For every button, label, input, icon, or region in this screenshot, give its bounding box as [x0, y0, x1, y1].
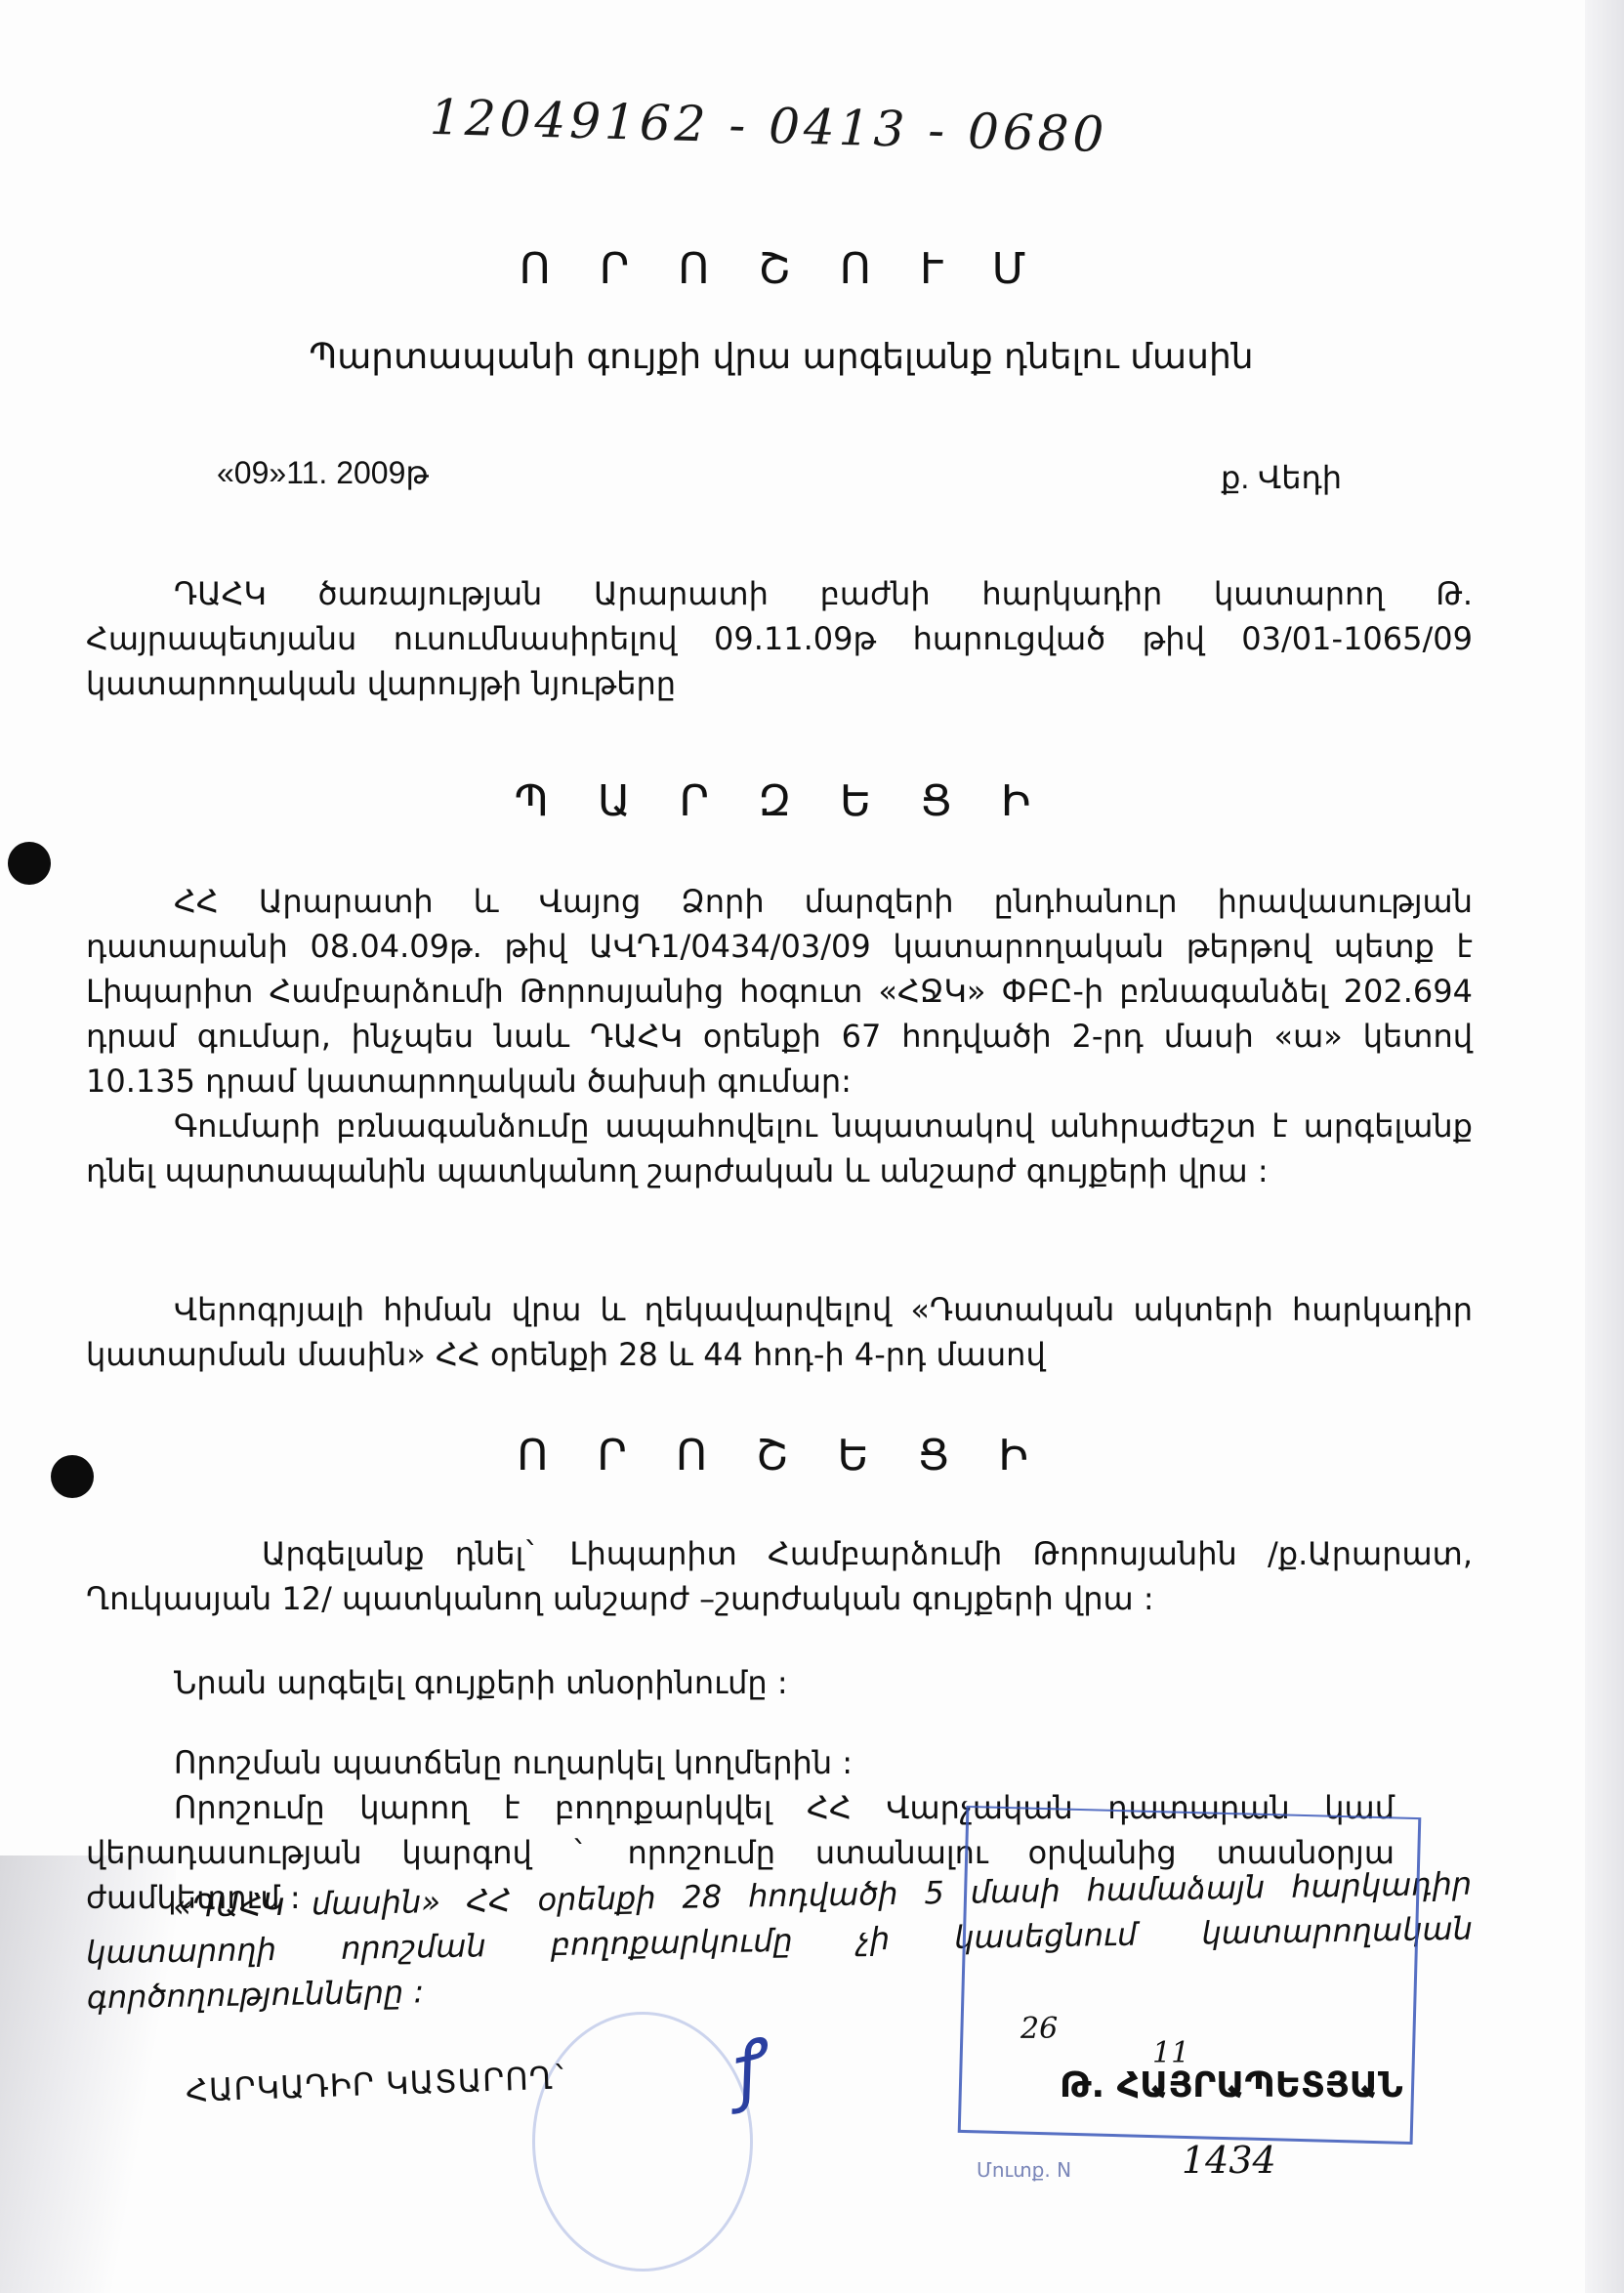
legal-basis-paragraph: Վերոգրյալի հիման վրա և ղեկավարվելով «Դատ…	[86, 1287, 1473, 1377]
document-title: Ո Ր Ո Շ Ո Ւ Մ	[0, 244, 1562, 294]
document-date: «09»11. 2009թ	[217, 454, 429, 491]
document-place: ք. Վեդի	[1221, 459, 1342, 496]
round-seal-stamp	[532, 2012, 753, 2272]
document-subtitle: Պարտապանի գույքի վրա արգելանք դնելու մաս…	[0, 337, 1562, 377]
section-heading-decided: Ո Ր Ո Շ Ե Ց Ի	[0, 1431, 1562, 1480]
findings-paragraph: ՀՀ Արարատի և Վայոց Ձորի մարզերի ընդհանու…	[86, 879, 1473, 1104]
punch-hole	[8, 842, 51, 885]
stamp-number-label: Մուտք. N	[977, 2158, 1071, 2182]
bailiff-label: ՀԱՐԿԱԴԻՐ ԿԱՏԱՐՈՂ`	[185, 2059, 570, 2109]
page-edge	[1585, 0, 1624, 2293]
findings-section: ՀՀ Արարատի և Վայոց Ձորի մարզերի ընդհանու…	[86, 879, 1473, 1193]
decision-item: Որոշման պատճենը ուղարկել կողմերին :	[174, 1740, 1561, 1785]
decision-item: Արգելանք դնել` Լիպարիտ Համբարձումի Թորոս…	[86, 1531, 1473, 1621]
stamp-number: 1434	[1182, 2139, 1276, 2182]
handwritten-case-number: 12049162 - 0413 - 0680	[429, 89, 1108, 163]
intro-paragraph: ԴԱՀԿ ծառայության Արարատի բաժնի հարկադիր …	[86, 571, 1473, 706]
section-heading-found: Պ Ա Ր Զ Ե Ց Ի	[0, 776, 1562, 826]
decision-item: Նրան արգելել գույքերի տնօրինումը :	[174, 1660, 1561, 1705]
bailiff-name-stamp: Թ. ՀԱՅՐԱՊԵՏՅԱՆ	[1060, 2065, 1403, 2105]
findings-paragraph: Գումարի բռնագանձումը ապահովելու նպատակով…	[86, 1104, 1473, 1193]
stamp-date-day: 26	[1020, 2012, 1058, 2046]
scanned-document-page: 12049162 - 0413 - 0680 Ո Ր Ո Շ Ո Ւ Մ Պար…	[0, 0, 1624, 2293]
